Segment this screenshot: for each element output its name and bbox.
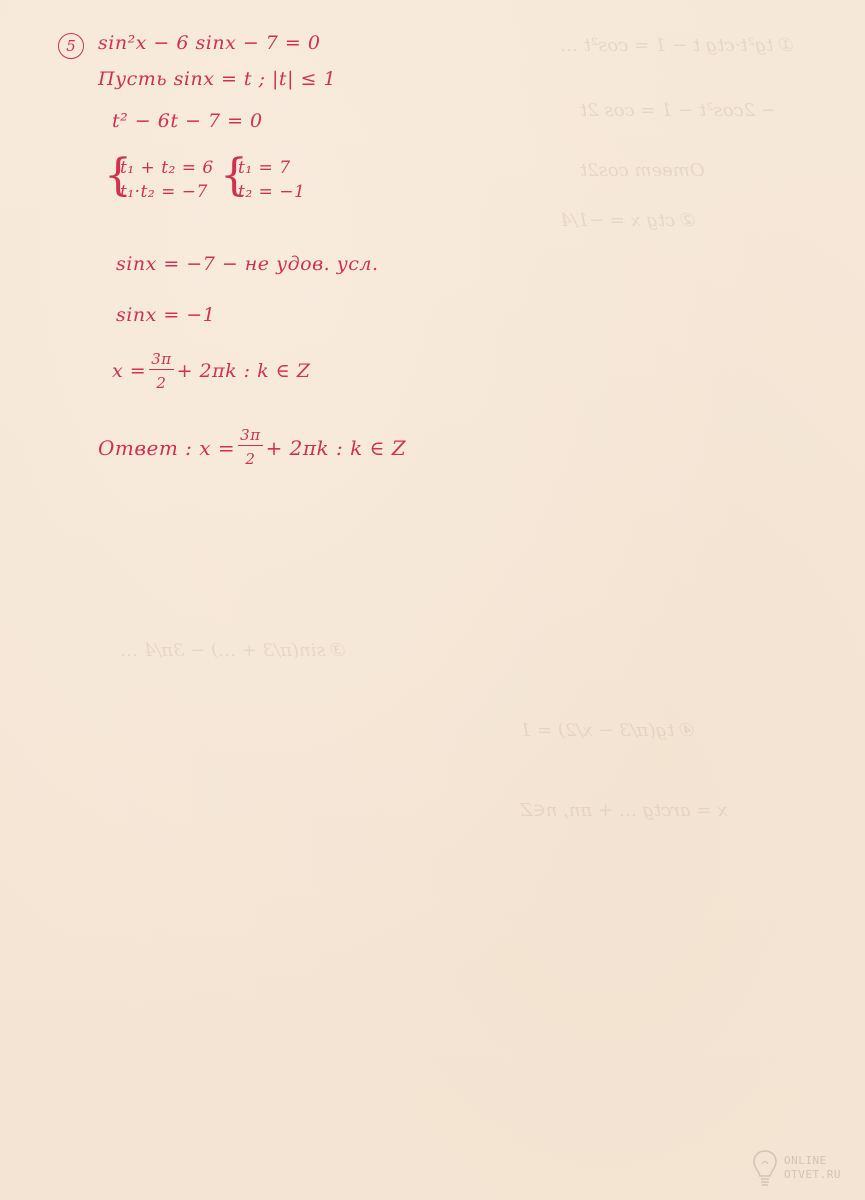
fraction: 3π 2 <box>149 352 173 391</box>
answer-prefix: Ответ : x = <box>98 438 235 458</box>
watermark-text: ONLINE OTVET.RU <box>784 1154 841 1182</box>
notebook-page: ① tg²t·ctg t − 1 = cos²t … − 2cos²t − 1 … <box>0 0 865 1200</box>
rejected-root-line: sinx = −7 − не удов. усл. <box>116 255 379 274</box>
fraction-denominator: 2 <box>245 446 255 467</box>
vieta-system: { t₁ + t₂ = 6 t₁·t₂ = −7 { t₁ = 7 t₂ = −… <box>104 150 324 210</box>
show-through-text: ④ tg(π/3 − x/2) = 1 <box>520 720 696 741</box>
show-through-text: ② ctg x = −1/4 <box>560 210 697 231</box>
fraction-numerator: 3π <box>149 352 173 370</box>
general-solution-line: x = 3π 2 + 2πk : k ∈ Z <box>112 352 310 391</box>
substitution-line: Пусть sinx = t ; |t| ≤ 1 <box>98 70 336 89</box>
solution-suffix: + 2πk : k ∈ Z <box>177 362 311 381</box>
accepted-root-line: sinx = −1 <box>116 306 215 325</box>
watermark-line-1: ONLINE <box>784 1154 841 1168</box>
fraction: 3π 2 <box>238 428 262 467</box>
vieta-product: t₁·t₂ = −7 <box>120 184 208 201</box>
show-through-text: ③ sin(π/3 + …) − 3π/4 … <box>120 640 347 661</box>
answer-suffix: + 2πk : k ∈ Z <box>266 438 407 458</box>
show-through-text: Ответ cos2t <box>580 160 705 181</box>
show-through-text: ① tg²t·ctg t − 1 = cos²t … <box>560 35 795 56</box>
show-through-text: x = arctg … + πn, n∈Z <box>520 800 727 821</box>
lightbulb-icon <box>752 1149 778 1187</box>
problem-number-badge: 5 <box>58 33 84 59</box>
answer-line: Ответ : x = 3π 2 + 2πk : k ∈ Z <box>98 428 406 467</box>
show-through-text: − 2cos²t − 1 = cos 2t <box>580 100 776 121</box>
root-1: t₁ = 7 <box>238 160 291 177</box>
equation-line: sin²x − 6 sinx − 7 = 0 <box>98 34 320 53</box>
fraction-denominator: 2 <box>156 370 166 391</box>
quadratic-line: t² − 6t − 7 = 0 <box>112 112 263 131</box>
vieta-sum: t₁ + t₂ = 6 <box>120 160 214 177</box>
watermark-logo: ONLINE OTVET.RU <box>752 1140 862 1195</box>
root-2: t₂ = −1 <box>238 184 305 201</box>
fraction-numerator: 3π <box>238 428 262 446</box>
watermark-line-2: OTVET.RU <box>784 1168 841 1182</box>
solution-prefix: x = <box>112 362 146 381</box>
